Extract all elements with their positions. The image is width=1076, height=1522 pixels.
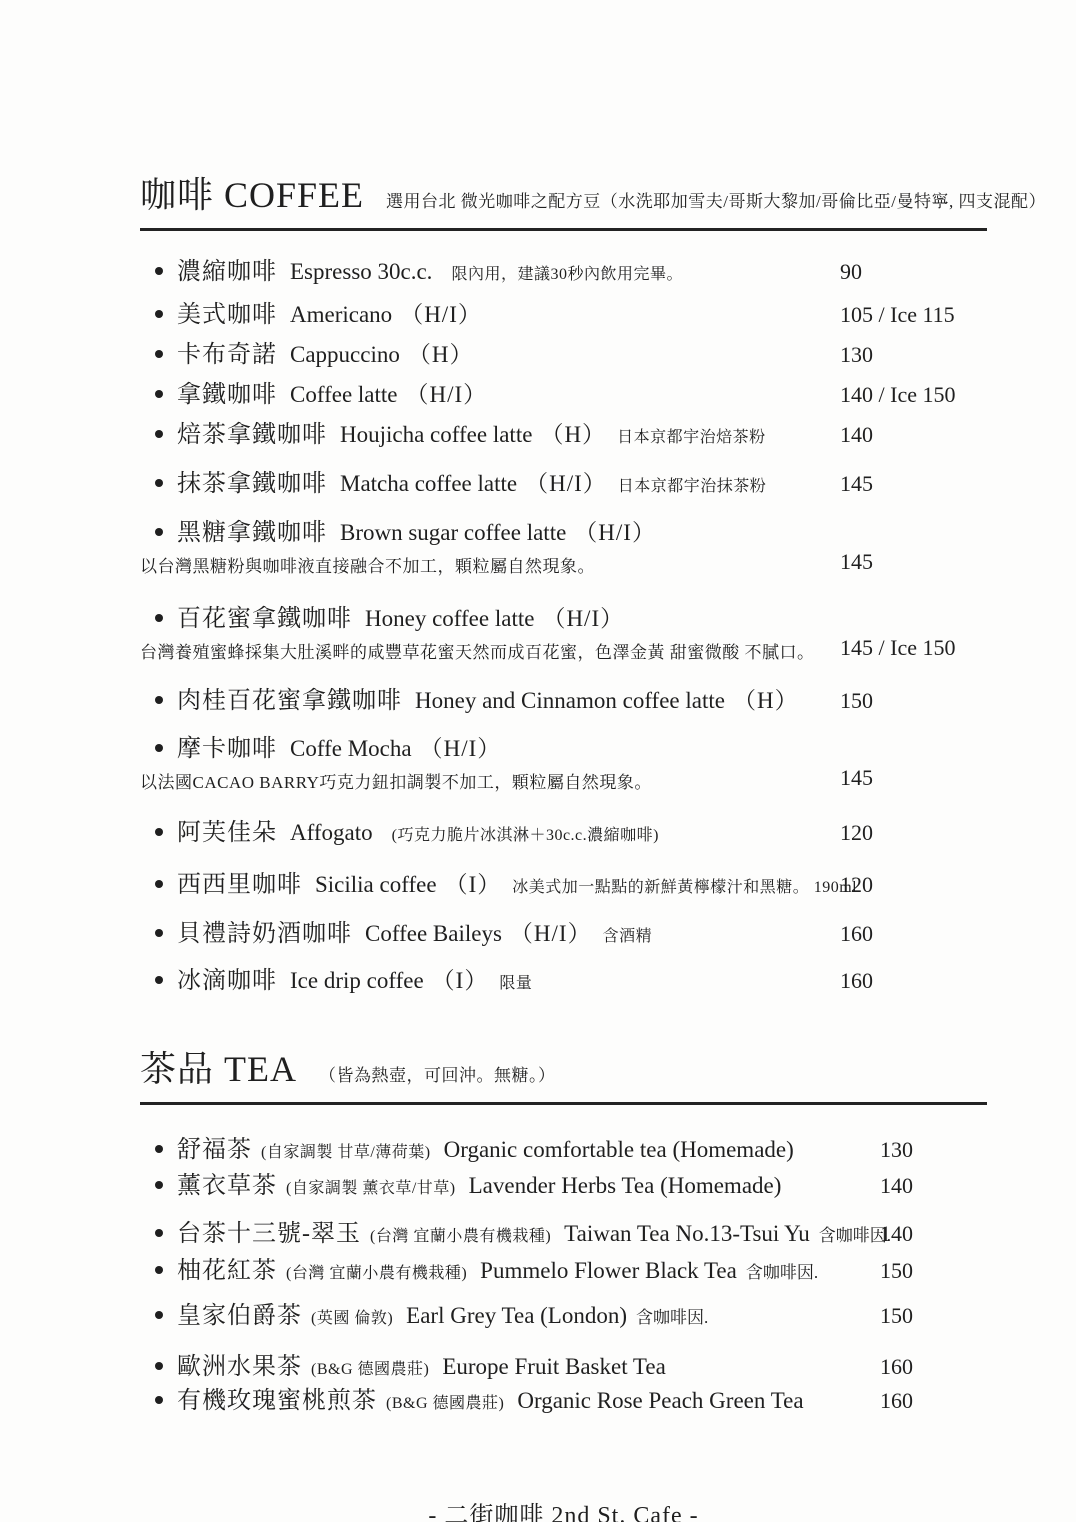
item-name-zh: 西西里咖啡 <box>177 872 302 898</box>
item-serving-tag: （H/I） <box>406 382 488 407</box>
menu-item-title-row: 貝禮詩奶酒咖啡 Coffee Baileys（H/I）含酒精 160 <box>140 919 987 952</box>
tea-section-header: 茶品 TEA （皆為熱壺，可回沖。無糖。） <box>140 1041 987 1092</box>
item-origin-note: (自家調製 薰衣草/甘草) <box>286 1180 456 1197</box>
item-name-zh: 焙茶拿鐵咖啡 <box>177 422 327 448</box>
item-name-en: Honey and Cinnamon coffee latte <box>415 688 725 713</box>
item-description: 以台灣黑糖粉與咖啡液直接融合不加工，顆粒屬自然現象。 <box>140 557 595 576</box>
item-price: 150 <box>880 1301 913 1331</box>
item-name-zh: 舒福茶 <box>177 1137 252 1163</box>
item-price: 140 / Ice 150 <box>840 380 955 410</box>
item-name-en: Taiwan Tea No.13-Tsui Yu <box>564 1221 810 1246</box>
item-price: 160 <box>840 919 873 949</box>
item-caffeine-note: 含咖啡因. <box>746 1263 818 1282</box>
item-name-zh: 摩卡咖啡 <box>177 736 277 762</box>
menu-item: 皇家伯爵茶(英國 倫敦) Earl Grey Tea (London)含咖啡因.… <box>140 1301 987 1334</box>
bullet-icon <box>155 976 163 984</box>
tea-section-note: （皆為熱壺，可回沖。無糖。） <box>319 1061 556 1086</box>
item-name-zh: 阿芙佳朵 <box>177 820 277 846</box>
item-name-zh: 美式咖啡 <box>177 302 277 328</box>
menu-item-title-row: 柚花紅茶(台灣 宜蘭小農有機栽種) Pummelo Flower Black T… <box>140 1256 987 1289</box>
menu-item-title-row: 冰滴咖啡 Ice drip coffee（I）限量 160 <box>140 966 987 999</box>
bullet-icon <box>155 1145 163 1153</box>
menu-item-title-row: 抹茶拿鐵咖啡 Matcha coffee latte（H/I）日本京都宇治抹茶粉… <box>140 469 987 502</box>
item-name-en: Sicilia coffee <box>315 872 437 897</box>
menu-item-title-row: 拿鐵咖啡 Coffee latte（H/I） 140 / Ice 150 <box>140 380 987 413</box>
item-serving-tag: （H/I） <box>542 606 624 631</box>
menu-item-desc-row: 以法國CACAO BARRY巧克力鈕扣調製不加工，顆粒屬自然現象。 145 <box>140 769 987 795</box>
menu-item: 歐洲水果茶(B&G 德國農莊) Europe Fruit Basket Tea … <box>140 1352 987 1385</box>
item-name-zh: 貝禮詩奶酒咖啡 <box>177 921 352 947</box>
bullet-icon <box>155 1266 163 1274</box>
item-name-en: Cappuccino <box>290 342 400 367</box>
item-name-zh: 卡布奇諾 <box>177 342 277 368</box>
menu-item: 美式咖啡 Americano（H/I） 105 / Ice 115 <box>140 300 987 333</box>
menu-item-title-row: 美式咖啡 Americano（H/I） 105 / Ice 115 <box>140 300 987 333</box>
item-note-inline: 冰美式加一點點的新鮮黃檸檬汁和黑糖。 190ml <box>512 879 857 896</box>
menu-item-title-row: 皇家伯爵茶(英國 倫敦) Earl Grey Tea (London)含咖啡因.… <box>140 1301 987 1334</box>
bullet-icon <box>155 1396 163 1404</box>
item-price: 120 <box>840 818 873 848</box>
item-serving-tag: （H） <box>733 688 799 713</box>
section-divider <box>140 228 987 231</box>
item-serving-tag: （H/I） <box>400 302 482 327</box>
bullet-icon <box>155 1181 163 1189</box>
item-price: 145 <box>840 766 873 790</box>
item-name-en: Lavender Herbs Tea (Homemade) <box>469 1173 782 1198</box>
item-price: 90 <box>840 257 862 287</box>
menu-item: 台茶十三號-翠玉(台灣 宜蘭小農有機栽種) Taiwan Tea No.13-T… <box>140 1219 987 1252</box>
item-name-en: Matcha coffee latte <box>340 471 517 496</box>
menu-item: 有機玫瑰蜜桃煎茶(B&G 德國農莊) Organic Rose Peach Gr… <box>140 1386 987 1419</box>
item-price: 145 <box>840 550 873 574</box>
item-name-en: Americano <box>290 302 392 327</box>
bullet-icon <box>155 1229 163 1237</box>
item-note-inline: 限量 <box>499 975 532 992</box>
item-serving-tag: （H/I） <box>574 520 656 545</box>
menu-item-title-row: 百花蜜拿鐵咖啡 Honey coffee latte（H/I） <box>140 604 987 637</box>
item-serving-tag: （H/I） <box>420 736 502 761</box>
item-name-en: Honey coffee latte <box>365 606 534 631</box>
item-caffeine-note: 含咖啡因. <box>636 1308 708 1327</box>
tea-section-title: 茶品 TEA <box>140 1041 297 1092</box>
item-price: 145 <box>840 469 873 499</box>
item-name-en: Organic comfortable tea (Homemade) <box>444 1137 794 1162</box>
menu-item: 黑糖拿鐵咖啡 Brown sugar coffee latte（H/I） 以台灣… <box>140 518 987 579</box>
menu-item: 百花蜜拿鐵咖啡 Honey coffee latte（H/I） 台灣養殖蜜蜂採集… <box>140 604 987 665</box>
item-name-en: Coffee latte <box>290 382 398 407</box>
menu-item: 肉桂百花蜜拿鐵咖啡 Honey and Cinnamon coffee latt… <box>140 686 987 719</box>
menu-item-title-row: 薰衣草茶(自家調製 薰衣草/甘草) Lavender Herbs Tea (Ho… <box>140 1171 987 1204</box>
coffee-section-note: 選用台北 微光咖啡之配方豆（水洗耶加雪夫/哥斯大黎加/哥倫比亞/曼特寧, 四支混… <box>386 187 1046 212</box>
menu-item: 摩卡咖啡 Coffe Mocha（H/I） 以法國CACAO BARRY巧克力鈕… <box>140 734 987 795</box>
item-name-zh: 肉桂百花蜜拿鐵咖啡 <box>177 688 402 714</box>
item-name-zh: 薰衣草茶 <box>177 1173 277 1199</box>
item-name-en: Espresso 30c.c. <box>290 259 432 284</box>
item-price: 160 <box>880 1386 913 1416</box>
item-name-en: Earl Grey Tea (London) <box>406 1303 627 1328</box>
item-serving-tag: （I） <box>432 968 489 993</box>
menu-item-title-row: 濃縮咖啡 Espresso 30c.c.限內用，建議30秒內飲用完畢。 90 <box>140 257 987 290</box>
item-serving-tag: （H） <box>540 422 606 447</box>
bullet-icon <box>155 479 163 487</box>
menu-page: 咖啡 COFFEE 選用台北 微光咖啡之配方豆（水洗耶加雪夫/哥斯大黎加/哥倫比… <box>0 0 1076 1522</box>
bullet-icon <box>155 390 163 398</box>
item-price: 160 <box>880 1352 913 1382</box>
item-origin-note: (自家調製 甘草/薄荷葉) <box>261 1144 431 1161</box>
menu-item: 薰衣草茶(自家調製 薰衣草/甘草) Lavender Herbs Tea (Ho… <box>140 1171 987 1204</box>
item-origin-note: (B&G 德國農莊) <box>311 1361 429 1378</box>
bullet-icon <box>155 430 163 438</box>
item-price: 140 <box>880 1219 913 1249</box>
item-price: 105 / Ice 115 <box>840 300 955 330</box>
item-name-zh: 黑糖拿鐵咖啡 <box>177 520 327 546</box>
item-origin-note: (台灣 宜蘭小農有機栽種) <box>286 1265 467 1282</box>
coffee-section-title: 咖啡 COFFEE <box>140 167 364 218</box>
menu-item: 西西里咖啡 Sicilia coffee（I）冰美式加一點點的新鮮黃檸檬汁和黑糖… <box>140 870 987 903</box>
item-name-en: Pummelo Flower Black Tea <box>480 1258 737 1283</box>
item-note-inline: (巧克力脆片冰淇淋＋30c.c.濃縮咖啡) <box>392 827 659 844</box>
bullet-icon <box>155 929 163 937</box>
item-serving-tag: （H/I） <box>525 471 607 496</box>
menu-item: 舒福茶(自家調製 甘草/薄荷葉) Organic comfortable tea… <box>140 1135 987 1168</box>
item-note-inline: 含酒精 <box>603 928 653 945</box>
item-name-en: Houjicha coffee latte <box>340 422 532 447</box>
item-price: 145 / Ice 150 <box>840 636 955 660</box>
item-name-zh: 拿鐵咖啡 <box>177 382 277 408</box>
item-serving-tag: （H） <box>408 342 474 367</box>
item-name-zh: 濃縮咖啡 <box>177 259 277 285</box>
item-name-zh: 百花蜜拿鐵咖啡 <box>177 606 352 632</box>
item-name-zh: 台茶十三號-翠玉 <box>177 1221 361 1247</box>
menu-item-title-row: 歐洲水果茶(B&G 德國農莊) Europe Fruit Basket Tea … <box>140 1352 987 1385</box>
bullet-icon <box>155 267 163 275</box>
item-price: 140 <box>840 420 873 450</box>
menu-item: 抹茶拿鐵咖啡 Matcha coffee latte（H/I）日本京都宇治抹茶粉… <box>140 469 987 502</box>
item-origin-note: (台灣 宜蘭小農有機栽種) <box>370 1228 551 1245</box>
menu-item-title-row: 有機玫瑰蜜桃煎茶(B&G 德國農莊) Organic Rose Peach Gr… <box>140 1386 987 1419</box>
menu-item-title-row: 黑糖拿鐵咖啡 Brown sugar coffee latte（H/I） <box>140 518 987 551</box>
menu-item: 卡布奇諾 Cappuccino（H） 130 <box>140 340 987 373</box>
item-name-zh: 皇家伯爵茶 <box>177 1303 302 1329</box>
coffee-menu-list: 濃縮咖啡 Espresso 30c.c.限內用，建議30秒內飲用完畢。 90 美… <box>140 257 987 999</box>
item-origin-note: (英國 倫敦) <box>311 1310 393 1327</box>
menu-item: 冰滴咖啡 Ice drip coffee（I）限量 160 <box>140 966 987 999</box>
menu-item: 柚花紅茶(台灣 宜蘭小農有機栽種) Pummelo Flower Black T… <box>140 1256 987 1289</box>
menu-item: 阿芙佳朵 Affogato(巧克力脆片冰淇淋＋30c.c.濃縮咖啡) 120 <box>140 818 987 851</box>
bullet-icon <box>155 310 163 318</box>
menu-item-title-row: 肉桂百花蜜拿鐵咖啡 Honey and Cinnamon coffee latt… <box>140 686 987 719</box>
item-serving-tag: （H/I） <box>510 921 592 946</box>
bullet-icon <box>155 744 163 752</box>
item-name-en: Ice drip coffee <box>290 968 424 993</box>
item-price: 150 <box>840 686 873 716</box>
coffee-section-header: 咖啡 COFFEE 選用台北 微光咖啡之配方豆（水洗耶加雪夫/哥斯大黎加/哥倫比… <box>140 167 987 218</box>
footer-caption: - 二街咖啡 2nd St. Cafe - <box>140 1495 987 1522</box>
menu-item-desc-row: 台灣養殖蜜蜂採集大肚溪畔的咸豐草花蜜天然而成百花蜜，色澤金黃 甜蜜微酸 不膩口。… <box>140 639 987 665</box>
menu-item-desc-row: 以台灣黑糖粉與咖啡液直接融合不加工，顆粒屬自然現象。 145 <box>140 553 987 579</box>
item-name-zh: 抹茶拿鐵咖啡 <box>177 471 327 497</box>
coffee-section: 咖啡 COFFEE 選用台北 微光咖啡之配方豆（水洗耶加雪夫/哥斯大黎加/哥倫比… <box>140 167 987 999</box>
menu-item: 焙茶拿鐵咖啡 Houjicha coffee latte（H）日本京都宇治焙茶粉… <box>140 420 987 453</box>
bullet-icon <box>155 1362 163 1370</box>
item-name-zh: 歐洲水果茶 <box>177 1354 302 1380</box>
menu-item-title-row: 西西里咖啡 Sicilia coffee（I）冰美式加一點點的新鮮黃檸檬汁和黑糖… <box>140 870 987 903</box>
item-name-en: Brown sugar coffee latte <box>340 520 566 545</box>
tea-section: 茶品 TEA （皆為熱壺，可回沖。無糖。） 舒福茶(自家調製 甘草/薄荷葉) O… <box>140 1041 987 1419</box>
menu-item-title-row: 卡布奇諾 Cappuccino（H） 130 <box>140 340 987 373</box>
item-price: 150 <box>880 1256 913 1286</box>
bullet-icon <box>155 828 163 836</box>
bullet-icon <box>155 350 163 358</box>
item-name-en: Coffee Baileys <box>365 921 502 946</box>
menu-item-title-row: 台茶十三號-翠玉(台灣 宜蘭小農有機栽種) Taiwan Tea No.13-T… <box>140 1219 987 1252</box>
item-note-inline: 日本京都宇治焙茶粉 <box>617 429 766 446</box>
menu-item: 濃縮咖啡 Espresso 30c.c.限內用，建議30秒內飲用完畢。 90 <box>140 257 987 290</box>
tea-menu-list: 舒福茶(自家調製 甘草/薄荷葉) Organic comfortable tea… <box>140 1135 987 1419</box>
section-divider <box>140 1102 987 1105</box>
item-name-en: Coffe Mocha <box>290 736 412 761</box>
menu-item-title-row: 阿芙佳朵 Affogato(巧克力脆片冰淇淋＋30c.c.濃縮咖啡) 120 <box>140 818 987 851</box>
item-name-zh: 冰滴咖啡 <box>177 968 277 994</box>
item-serving-tag: （I） <box>445 872 502 897</box>
item-price: 120 <box>840 870 873 900</box>
menu-item: 貝禮詩奶酒咖啡 Coffee Baileys（H/I）含酒精 160 <box>140 919 987 952</box>
menu-item-title-row: 焙茶拿鐵咖啡 Houjicha coffee latte（H）日本京都宇治焙茶粉… <box>140 420 987 453</box>
bullet-icon <box>155 528 163 536</box>
item-name-zh: 有機玫瑰蜜桃煎茶 <box>177 1388 377 1414</box>
item-note-inline: 限內用，建議30秒內飲用完畢。 <box>451 266 683 283</box>
bullet-icon <box>155 880 163 888</box>
item-price: 130 <box>880 1135 913 1165</box>
item-name-zh: 柚花紅茶 <box>177 1258 277 1284</box>
item-price: 160 <box>840 966 873 996</box>
item-price: 130 <box>840 340 873 370</box>
bullet-icon <box>155 1311 163 1319</box>
menu-item-title-row: 舒福茶(自家調製 甘草/薄荷葉) Organic comfortable tea… <box>140 1135 987 1168</box>
item-note-inline: 日本京都宇治抹茶粉 <box>618 478 767 495</box>
item-name-en: Organic Rose Peach Green Tea <box>517 1388 803 1413</box>
item-description: 以法國CACAO BARRY巧克力鈕扣調製不加工，顆粒屬自然現象。 <box>140 773 652 792</box>
item-description: 台灣養殖蜜蜂採集大肚溪畔的咸豐草花蜜天然而成百花蜜，色澤金黃 甜蜜微酸 不膩口。 <box>140 643 815 662</box>
item-price: 140 <box>880 1171 913 1201</box>
item-name-en: Europe Fruit Basket Tea <box>442 1354 665 1379</box>
menu-item-title-row: 摩卡咖啡 Coffe Mocha（H/I） <box>140 734 987 767</box>
bullet-icon <box>155 696 163 704</box>
item-origin-note: (B&G 德國農莊) <box>386 1395 504 1412</box>
bullet-icon <box>155 614 163 622</box>
menu-item: 拿鐵咖啡 Coffee latte（H/I） 140 / Ice 150 <box>140 380 987 413</box>
item-name-en: Affogato <box>290 820 373 845</box>
